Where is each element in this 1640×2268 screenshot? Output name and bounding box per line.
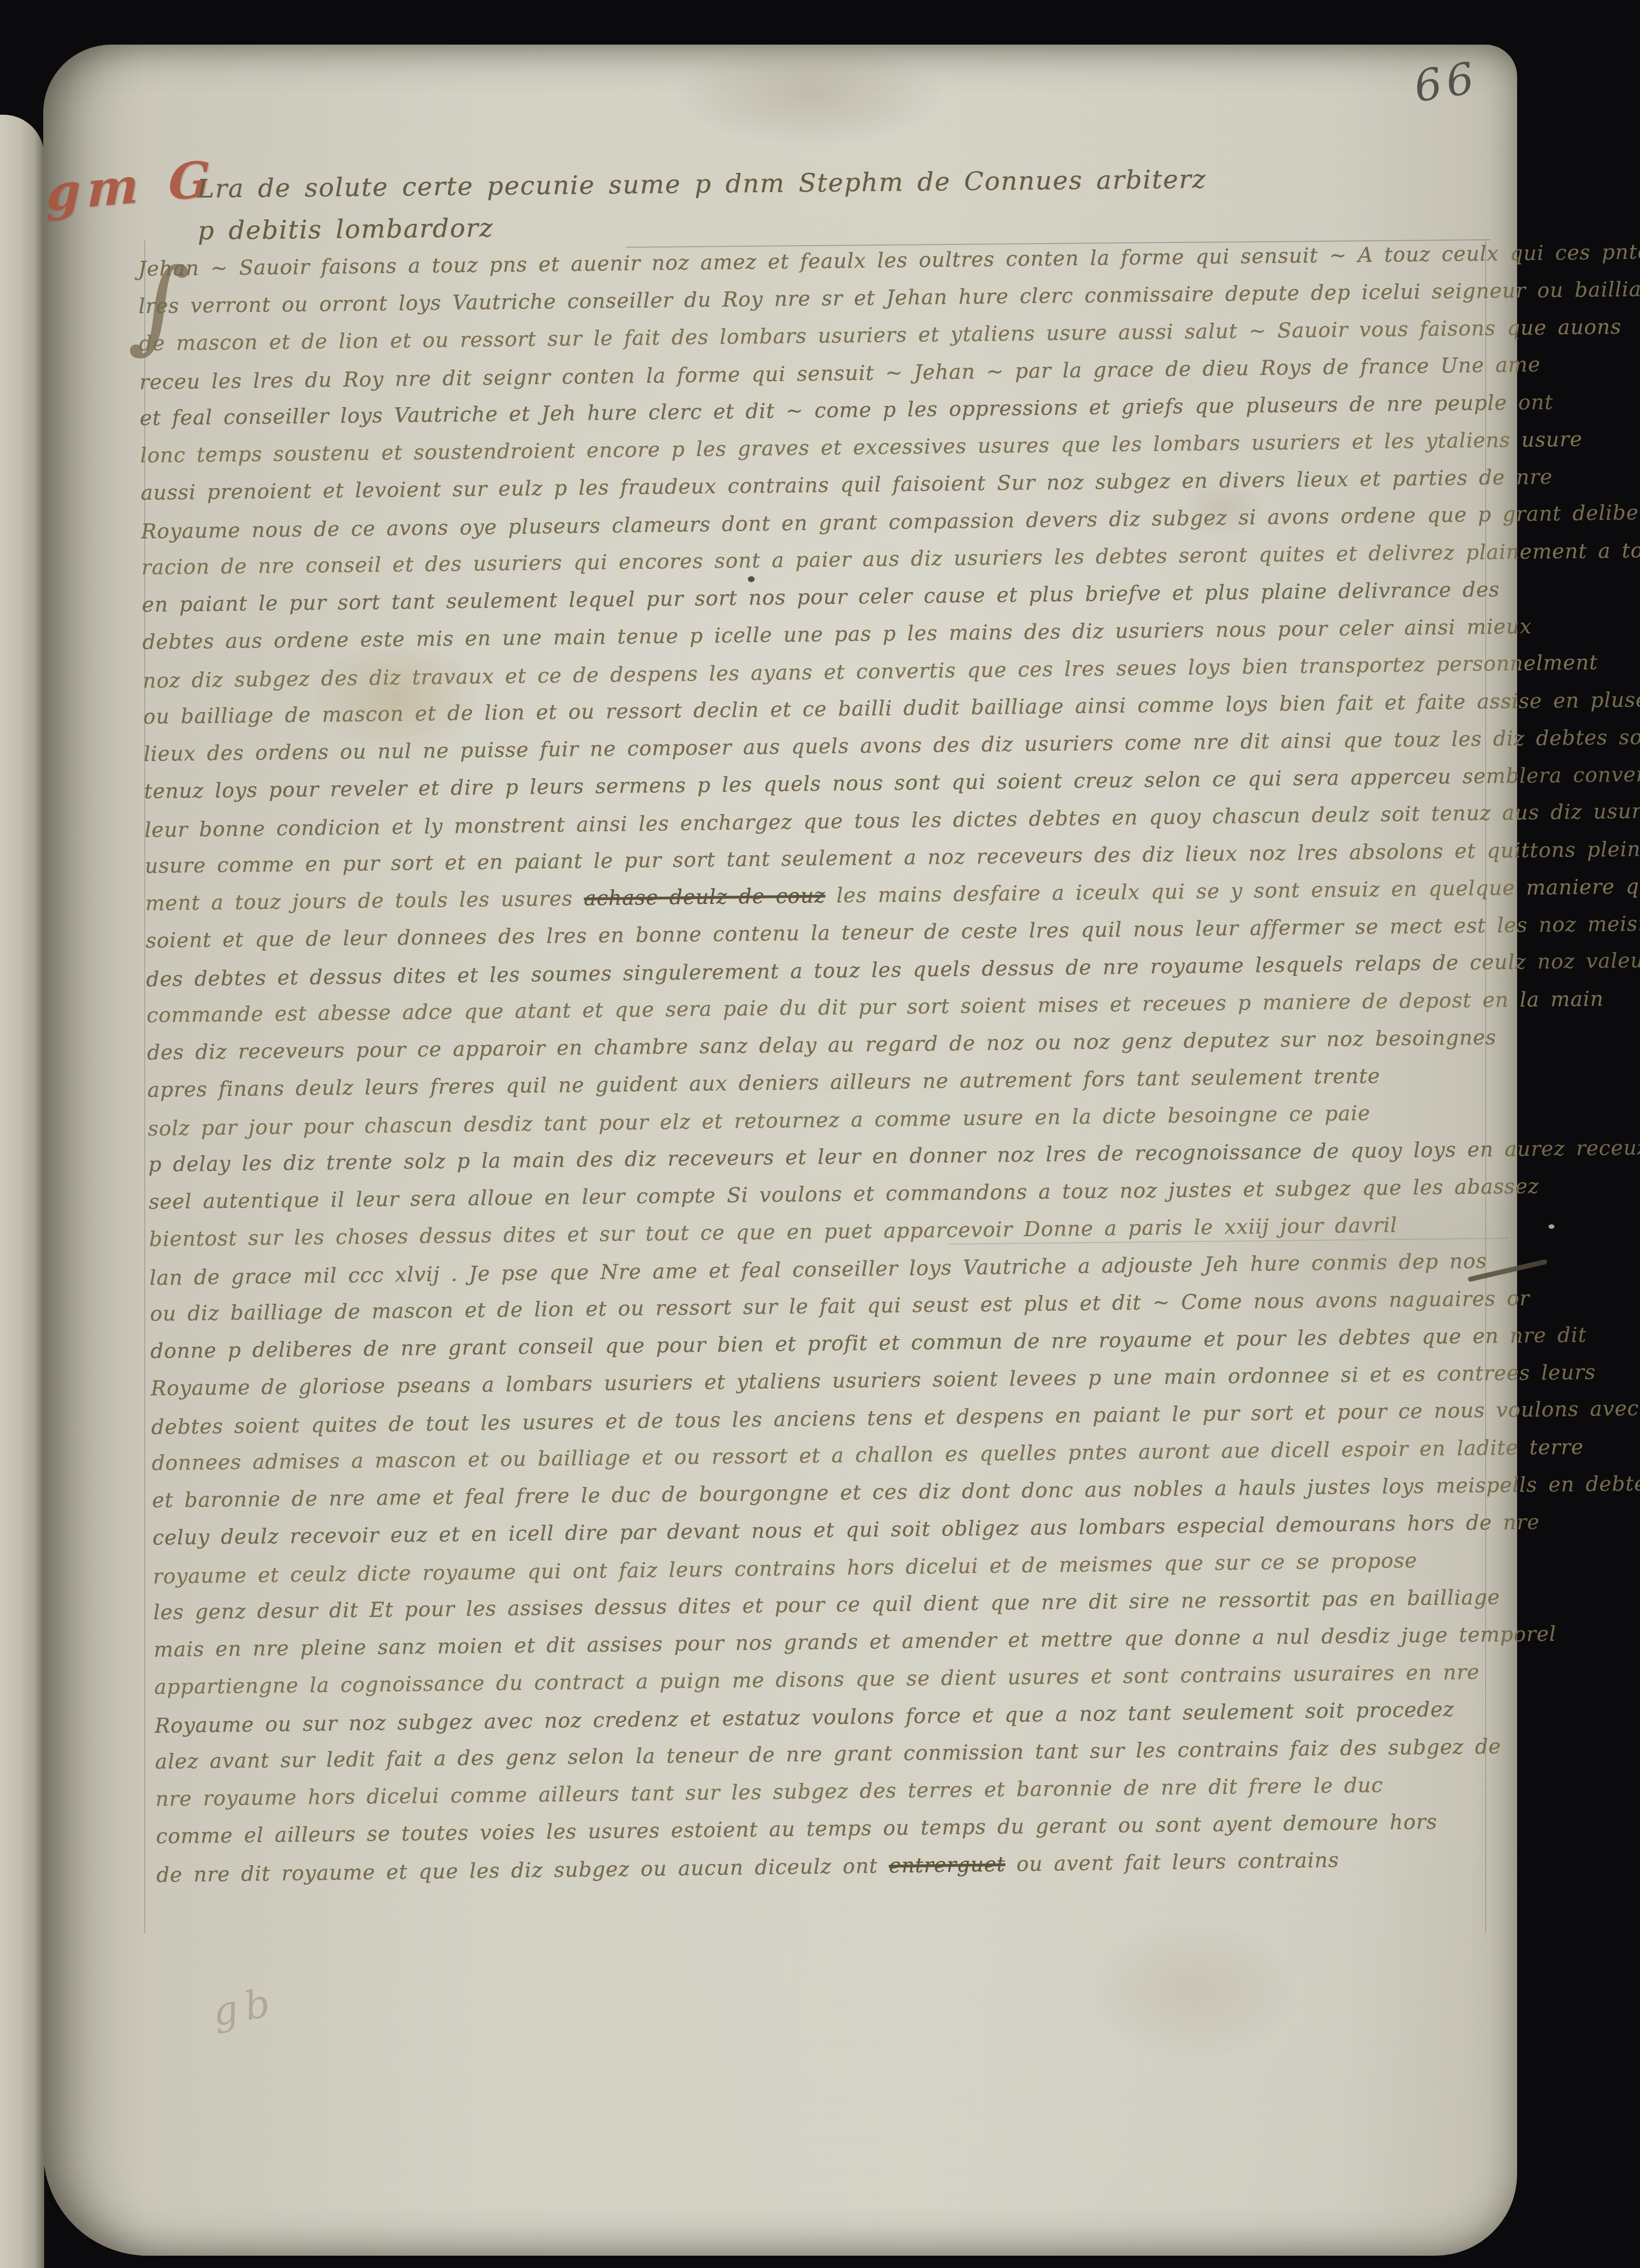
manuscript-page: 66 gm G ∫ Lra de solute certe pecunie su… <box>43 45 1517 2256</box>
dust-speck <box>1549 1224 1554 1229</box>
body-text-block: Jehan ~ Sauoir faisons a touz pns et aue… <box>138 235 1529 1893</box>
text-segment: les mains desfaire a iceulx qui se y son… <box>825 874 1640 908</box>
photograph-background: { "manuscript": { "folio_number": "66", … <box>0 0 1640 2268</box>
folio-number: 66 <box>1411 53 1482 112</box>
text-segment: ment a touz jours de touls les usures <box>145 886 584 915</box>
bottom-left-faint-mark: gb <box>209 1979 280 2035</box>
struck-word: achase deulz de couz <box>584 883 826 910</box>
red-rubric-mark: gm G <box>46 150 217 222</box>
heading-block: Lra de solute certe pecunie sume p dnm S… <box>197 159 1207 252</box>
text-segment: ou avent fait leurs contrains <box>1005 1848 1339 1876</box>
text-segment: de nre dit royaume et que les diz subgez… <box>156 1853 889 1887</box>
facing-page-edge <box>0 115 44 2268</box>
struck-word: entrerguet <box>889 1852 1005 1877</box>
